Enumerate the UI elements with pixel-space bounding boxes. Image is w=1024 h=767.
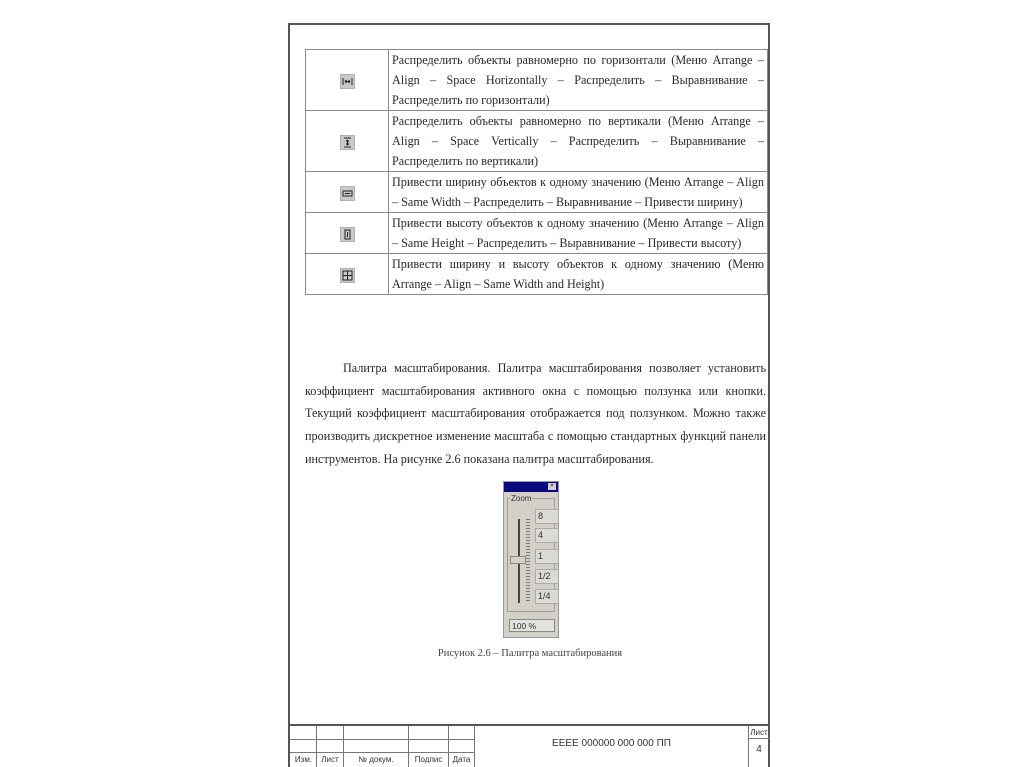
same-width-and-height-icon [340,268,355,283]
table-cell-description: Распределить объекты равномерно по гориз… [389,50,768,111]
table-row: Привести высоту объектов к одному значен… [306,213,768,254]
header-izm: Изм. [291,755,316,764]
header-doc-no: № докум. [344,755,408,764]
table-cell-description: Привести высоту объектов к одному значен… [389,213,768,254]
zoom-group-label: Zoom [510,494,532,503]
header-list: Лист [317,755,343,764]
figure-caption: Рисунок 2.6 – Палитра масштабирования [400,648,660,659]
zoom-button-8: 8 [535,509,559,524]
same-height-icon [340,227,355,242]
table-row: Привести ширину объектов к одному значен… [306,172,768,213]
same-width-icon [340,186,355,201]
table-cell-description: Привести ширину объектов к одному значен… [389,172,768,213]
table-cell-description: Распределить объекты равномерно по верти… [389,111,768,172]
zoom-slider-ticks [526,519,530,603]
header-date: Дата [449,755,474,764]
sheet-number: 4 [748,744,770,755]
sheet-label: Лист [748,728,770,739]
zoom-button-quarter: 1/4 [535,589,559,604]
table-row: Привести ширину и высоту объектов к одно… [306,254,768,295]
zoom-button-4: 4 [535,528,559,543]
space-vertically-icon [340,135,355,150]
document-number: ЕЕЕЕ 000000 000 000 ПП [475,726,749,767]
zoom-slider-thumb [510,556,526,564]
palette-titlebar: × [504,482,558,492]
align-commands-table: Распределить объекты равномерно по гориз… [305,49,768,295]
space-horizontally-icon [340,74,355,89]
table-row: Распределить объекты равномерно по гориз… [306,50,768,111]
table-cell-description: Привести ширину и высоту объектов к одно… [389,254,768,295]
table-row: Распределить объекты равномерно по верти… [306,111,768,172]
zoom-button-1: 1 [535,549,559,564]
zoom-readout: 100 % [509,619,555,632]
header-signature: Подпис [409,755,448,764]
zoom-palette-figure: × Zoom 8 4 1 1/2 1/4 100 % [503,481,559,638]
drawing-title-block: Изм. Лист № докум. Подпис Дата ЕЕЕЕ 0000… [288,724,770,767]
zoom-button-half: 1/2 [535,569,559,584]
close-icon: × [548,483,556,490]
body-paragraph: Палитра масштабирования. Палитра масштаб… [305,357,766,470]
